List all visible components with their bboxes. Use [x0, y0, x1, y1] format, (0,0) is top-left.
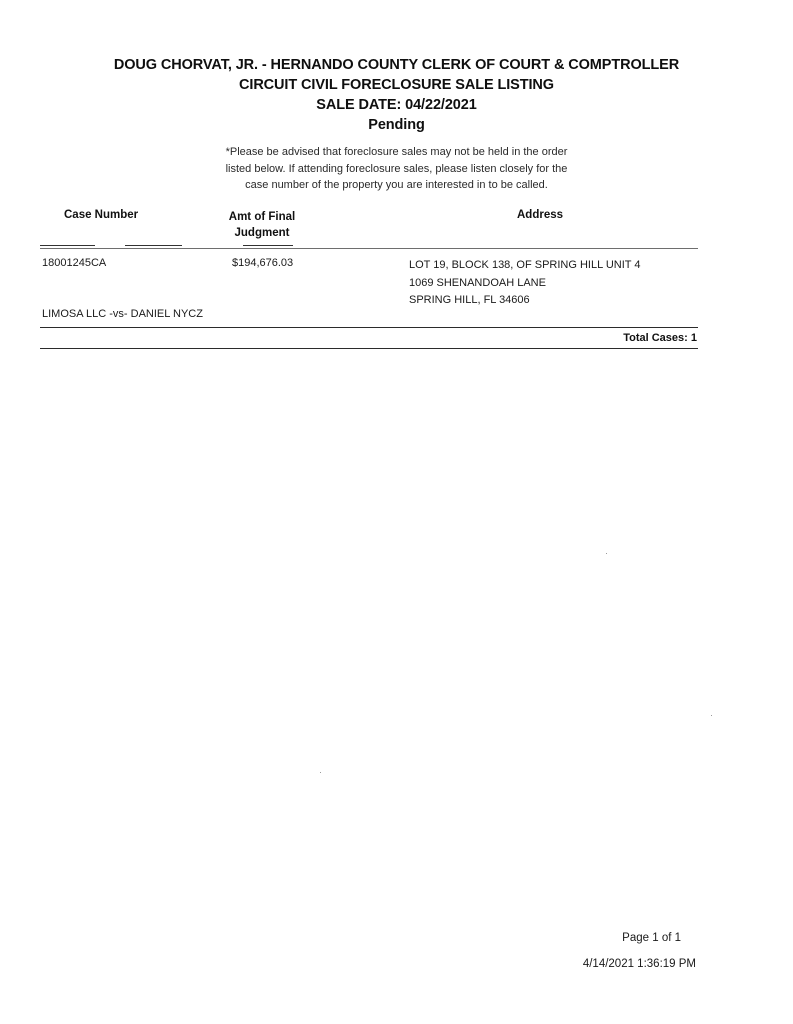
listing-title: CIRCUIT CIVIL FORECLOSURE SALE LISTING — [0, 77, 793, 93]
column-header-amount: Amt of Final Judgment — [212, 209, 312, 241]
notice-line-3: case number of the property you are inte… — [0, 177, 793, 194]
column-header-amount-line-2: Judgment — [212, 225, 312, 241]
notice: *Please be advised that foreclosure sale… — [0, 144, 793, 194]
sale-date: SALE DATE: 04/22/2021 — [0, 97, 793, 113]
property-address: LOT 19, BLOCK 138, OF SPRING HILL UNIT 4… — [409, 257, 641, 310]
header-dash — [125, 245, 182, 246]
row-bottom-rule — [40, 327, 698, 328]
scan-speck — [711, 715, 712, 716]
column-header-case-number: Case Number — [64, 209, 138, 221]
page-number: Page 1 of 1 — [540, 932, 681, 944]
column-header-amount-line-1: Amt of Final — [212, 209, 312, 225]
case-number: 18001245CA — [42, 257, 106, 269]
header-rule — [40, 248, 698, 249]
summary-rule — [40, 348, 698, 349]
header-dash — [40, 245, 95, 246]
listing-status: Pending — [0, 117, 793, 133]
header-dash — [243, 245, 293, 246]
judgment-amount: $194,676.03 — [232, 257, 293, 269]
address-legal: LOT 19, BLOCK 138, OF SPRING HILL UNIT 4 — [409, 257, 641, 275]
case-parties: LIMOSA LLC -vs- DANIEL NYCZ — [42, 308, 203, 320]
notice-line-2: listed below. If attending foreclosure s… — [0, 161, 793, 178]
print-timestamp: 4/14/2021 1:36:19 PM — [520, 958, 696, 970]
notice-line-1: *Please be advised that foreclosure sale… — [0, 144, 793, 161]
total-cases: Total Cases: 1 — [540, 332, 697, 344]
column-header-address: Address — [490, 209, 590, 221]
address-city: SPRING HILL, FL 34606 — [409, 292, 641, 310]
scan-speck — [320, 772, 321, 773]
scan-speck — [606, 553, 607, 554]
address-street: 1069 SHENANDOAH LANE — [409, 275, 641, 293]
clerk-title: DOUG CHORVAT, JR. - HERNANDO COUNTY CLER… — [0, 57, 793, 73]
